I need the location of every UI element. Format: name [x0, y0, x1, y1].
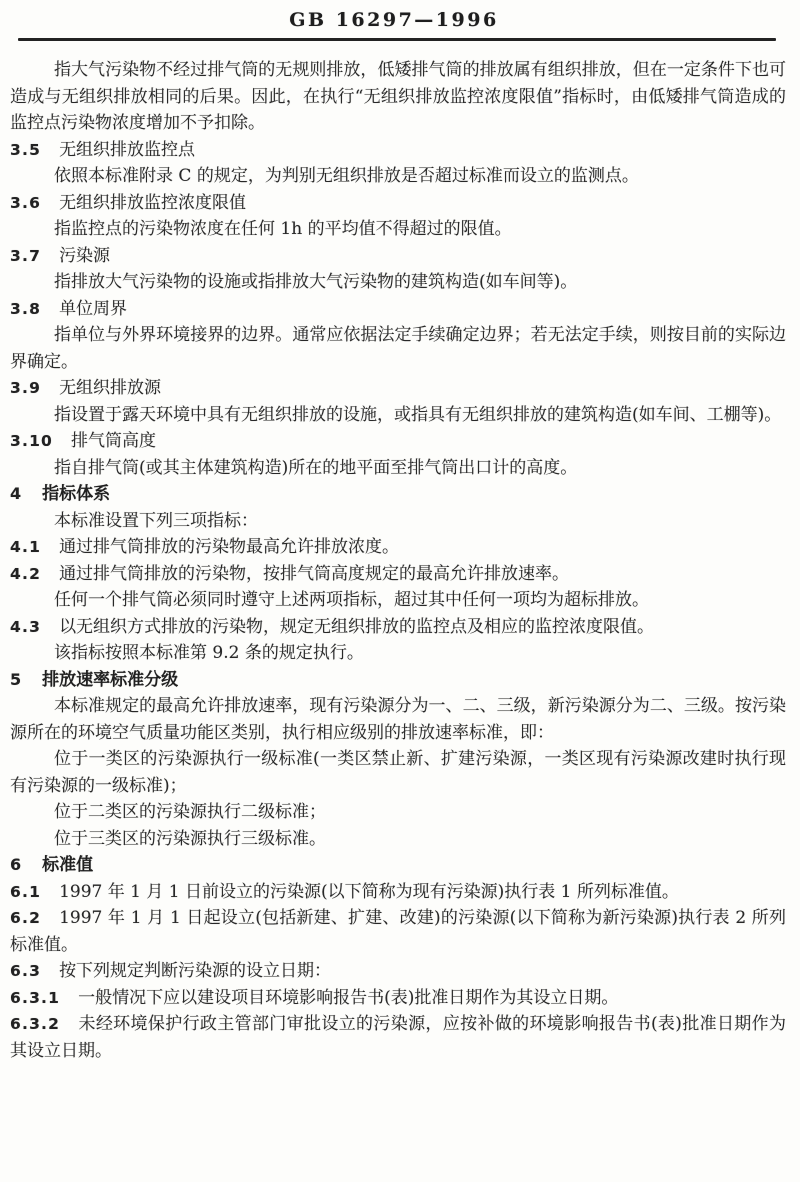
clause-text: 无组织排放监控点 — [59, 140, 195, 160]
clause-line: 6.3按下列规定判断污染源的设立日期： — [10, 958, 786, 985]
clause-text: 无组织排放监控浓度限值 — [59, 193, 246, 213]
section-number: 4 — [10, 481, 21, 508]
body-paragraph: 任何一个排气筒必须同时遵守上述两项指标，超过其中任何一项均为超标排放。 — [10, 587, 786, 614]
clause-number: 3.7 — [10, 243, 41, 270]
clause-number: 3.10 — [10, 428, 53, 455]
clause-number: 6.1 — [10, 879, 41, 906]
clause-line: 6.11997 年 1 月 1 日前设立的污染源(以下简称为现有污染源)执行表 … — [10, 879, 786, 906]
clause-text: 1997 年 1 月 1 日起设立(包括新建、扩建、改建)的污染源(以下简称为新… — [10, 908, 786, 955]
clause-number: 6.3.2 — [10, 1011, 60, 1038]
clause-line: 4.3以无组织方式排放的污染物，规定无组织排放的监控点及相应的监控浓度限值。 — [10, 614, 786, 641]
body-paragraph: 指排放大气污染物的设施或指排放大气污染物的建筑构造(如车间等)。 — [10, 269, 786, 296]
document-page: GB 16297—1996 指大气污染物不经过排气筒的无规则排放，低矮排气筒的排… — [0, 0, 800, 1182]
paragraph-text: 指自排气筒(或其主体建筑构造)所在的地平面至排气筒出口计的高度。 — [54, 458, 577, 478]
paragraph-text: 指监控点的污染物浓度在任何 1h 的平均值不得超过的限值。 — [54, 219, 512, 239]
document-body: 指大气污染物不经过排气筒的无规则排放，低矮排气筒的排放属有组织排放，但在一定条件… — [0, 41, 800, 1064]
clause-text: 1997 年 1 月 1 日前设立的污染源(以下简称为现有污染源)执行表 1 所… — [59, 882, 679, 902]
clause-text: 排气筒高度 — [71, 431, 156, 451]
clause-number: 4.3 — [10, 614, 41, 641]
clause-line: 3.6无组织排放监控浓度限值 — [10, 190, 786, 217]
body-paragraph: 指单位与外界环境接界的边界。通常应依据法定手续确定边界；若无法定手续，则按目前的… — [10, 322, 786, 375]
clause-number: 4.2 — [10, 561, 41, 588]
body-paragraph: 指大气污染物不经过排气筒的无规则排放，低矮排气筒的排放属有组织排放，但在一定条件… — [10, 57, 786, 137]
body-paragraph: 位于二类区的污染源执行二级标准； — [10, 799, 786, 826]
standard-number: GB 16297—1996 — [0, 9, 794, 31]
paragraph-text: 本标准规定的最高允许排放速率，现有污染源分为一、二、三级，新污染源分为二、三级。… — [10, 696, 786, 743]
body-paragraph: 位于三类区的污染源执行三级标准。 — [10, 826, 786, 853]
clause-line: 3.8单位周界 — [10, 296, 786, 323]
clause-text: 无组织排放源 — [59, 378, 161, 398]
clause-number: 3.5 — [10, 137, 41, 164]
clause-number: 6.3 — [10, 958, 41, 985]
paragraph-text: 位于二类区的污染源执行二级标准； — [54, 802, 326, 822]
section-number: 6 — [10, 852, 21, 879]
clause-number: 3.6 — [10, 190, 41, 217]
clause-line: 3.9无组织排放源 — [10, 375, 786, 402]
clause-line: 3.10排气筒高度 — [10, 428, 786, 455]
body-paragraph: 该指标按照本标准第 9.2 条的规定执行。 — [10, 640, 786, 667]
clause-line: 3.7污染源 — [10, 243, 786, 270]
page-header: GB 16297—1996 — [0, 0, 800, 41]
body-paragraph: 位于一类区的污染源执行一级标准(一类区禁止新、扩建污染源，一类区现有污染源改建时… — [10, 746, 786, 799]
clause-text: 未经环境保护行政主管部门审批设立的污染源，应按补做的环境影响报告书(表)批准日期… — [10, 1014, 786, 1061]
paragraph-text: 指大气污染物不经过排气筒的无规则排放，低矮排气筒的排放属有组织排放，但在一定条件… — [10, 60, 786, 133]
body-paragraph: 本标准设置下列三项指标： — [10, 508, 786, 535]
clause-text: 通过排气筒排放的污染物最高允许排放浓度。 — [59, 537, 399, 557]
clause-number: 6.3.1 — [10, 985, 60, 1012]
section-heading: 5排放速率标准分级 — [10, 667, 786, 694]
body-paragraph: 指监控点的污染物浓度在任何 1h 的平均值不得超过的限值。 — [10, 216, 786, 243]
clause-line: 6.3.1一般情况下应以建设项目环境影响报告书(表)批准日期作为其设立日期。 — [10, 985, 786, 1012]
clause-text: 以无组织方式排放的污染物，规定无组织排放的监控点及相应的监控浓度限值。 — [59, 617, 654, 637]
clause-line: 6.3.2未经环境保护行政主管部门审批设立的污染源，应按补做的环境影响报告书(表… — [10, 1011, 786, 1064]
body-paragraph: 本标准规定的最高允许排放速率，现有污染源分为一、二、三级，新污染源分为二、三级。… — [10, 693, 786, 746]
body-paragraph: 指自排气筒(或其主体建筑构造)所在的地平面至排气筒出口计的高度。 — [10, 455, 786, 482]
clause-line: 3.5无组织排放监控点 — [10, 137, 786, 164]
clause-number: 3.9 — [10, 375, 41, 402]
paragraph-text: 指排放大气污染物的设施或指排放大气污染物的建筑构造(如车间等)。 — [54, 272, 577, 292]
paragraph-text: 位于一类区的污染源执行一级标准(一类区禁止新、扩建污染源，一类区现有污染源改建时… — [10, 749, 786, 796]
clause-text: 按下列规定判断污染源的设立日期： — [59, 961, 331, 981]
clause-number: 4.1 — [10, 534, 41, 561]
section-heading: 6标准值 — [10, 852, 786, 879]
paragraph-text: 依照本标准附录 C 的规定，为判别无组织排放是否超过标准而设立的监测点。 — [54, 166, 639, 186]
paragraph-text: 该指标按照本标准第 9.2 条的规定执行。 — [54, 643, 364, 663]
section-heading: 4指标体系 — [10, 481, 786, 508]
paragraph-text: 指单位与外界环境接界的边界。通常应依据法定手续确定边界；若无法定手续，则按目前的… — [10, 325, 786, 372]
heading-text: 标准值 — [42, 855, 93, 875]
section-number: 5 — [10, 667, 21, 694]
body-paragraph: 指设置于露天环境中具有无组织排放的设施，或指具有无组织排放的建筑构造(如车间、工… — [10, 402, 786, 429]
clause-text: 一般情况下应以建设项目环境影响报告书(表)批准日期作为其设立日期。 — [78, 988, 618, 1008]
clause-text: 通过排气筒排放的污染物，按排气筒高度规定的最高允许排放速率。 — [59, 564, 569, 584]
clause-line: 4.2通过排气筒排放的污染物，按排气筒高度规定的最高允许排放速率。 — [10, 561, 786, 588]
paragraph-text: 指设置于露天环境中具有无组织排放的设施，或指具有无组织排放的建筑构造(如车间、工… — [54, 405, 781, 425]
clause-text: 单位周界 — [59, 299, 127, 319]
paragraph-text: 本标准设置下列三项指标： — [54, 511, 258, 531]
body-paragraph: 依照本标准附录 C 的规定，为判别无组织排放是否超过标准而设立的监测点。 — [10, 163, 786, 190]
clause-number: 6.2 — [10, 905, 41, 932]
paragraph-text: 任何一个排气筒必须同时遵守上述两项指标，超过其中任何一项均为超标排放。 — [54, 590, 649, 610]
clause-line: 6.21997 年 1 月 1 日起设立(包括新建、扩建、改建)的污染源(以下简… — [10, 905, 786, 958]
heading-text: 指标体系 — [42, 484, 110, 504]
clause-line: 4.1通过排气筒排放的污染物最高允许排放浓度。 — [10, 534, 786, 561]
clause-text: 污染源 — [59, 246, 110, 266]
paragraph-text: 位于三类区的污染源执行三级标准。 — [54, 829, 326, 849]
heading-text: 排放速率标准分级 — [42, 670, 178, 690]
clause-number: 3.8 — [10, 296, 41, 323]
